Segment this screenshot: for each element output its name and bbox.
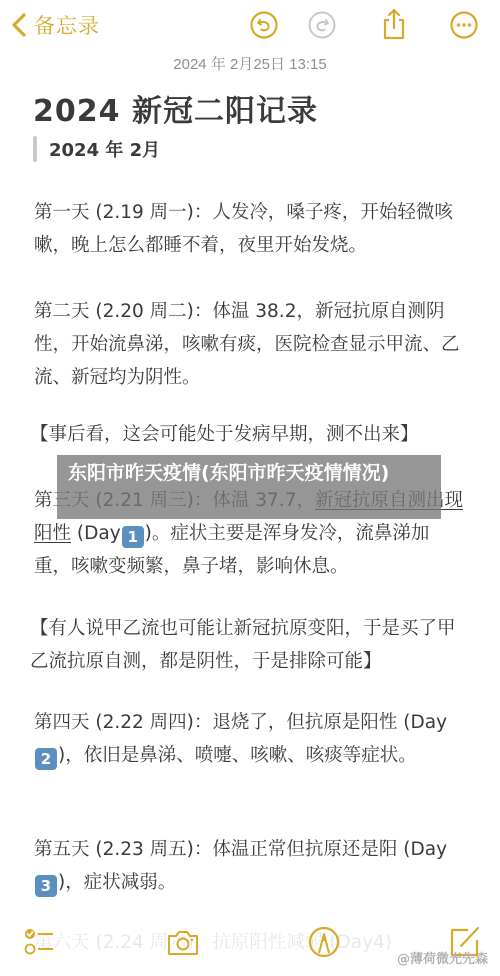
chevron-left-icon xyxy=(10,12,28,38)
markup-button[interactable] xyxy=(307,925,341,959)
watermark: @薄荷微光先森 xyxy=(397,948,488,967)
redo-icon xyxy=(307,10,337,40)
paragraph-note1[interactable]: 【事后看，这会可能处于发病早期，测不出来】 xyxy=(30,418,470,451)
day4-text: 第四天 (2.22 周四)：退烧了，但抗原是阳性 (Day xyxy=(34,712,447,733)
back-button[interactable]: 备忘录 xyxy=(10,10,100,40)
more-button[interactable] xyxy=(449,10,479,40)
block-quote-heading[interactable]: 2024 年 2月 xyxy=(33,136,160,162)
keycap-3-emoji: 3 xyxy=(35,875,57,897)
checklist-icon xyxy=(22,925,56,959)
note-timestamp: 2024 年 2月25日 13:15 xyxy=(0,53,500,74)
paragraph-day4[interactable]: 第四天 (2.22 周四)：退烧了，但抗原是阳性 (Day2)，依旧是鼻涕、喷嚏… xyxy=(34,706,464,772)
navigation-bar: 备忘录 xyxy=(0,0,500,50)
more-icon xyxy=(449,10,479,40)
back-label: 备忘录 xyxy=(34,10,100,40)
camera-icon xyxy=(166,925,200,959)
share-button[interactable] xyxy=(379,7,409,41)
paragraph-day1[interactable]: 第一天 (2.19 周一)：人发冷，嗓子疼，开始轻微咳嗽，晚上怎么都睡不着，夜里… xyxy=(34,196,464,262)
paragraph-day2[interactable]: 第二天 (2.20 周二)：体温 38.2，新冠抗原自测阴性，开始流鼻涕，咳嗽有… xyxy=(34,295,464,394)
day3-day-text: (Day xyxy=(71,523,121,544)
note-title[interactable]: 2024 新冠二阳记录 xyxy=(33,86,318,130)
checklist-button[interactable] xyxy=(22,925,56,959)
markup-icon xyxy=(307,925,341,959)
keycap-1-emoji: 1 xyxy=(122,526,144,548)
keycap-2-emoji: 2 xyxy=(35,748,57,770)
undo-button[interactable] xyxy=(249,10,279,40)
day5-suffix-text: )，症状减弱。 xyxy=(58,872,176,893)
day5-text: 第五天 (2.23 周五)：体温正常但抗原还是阳 (Day xyxy=(34,839,447,860)
redo-button[interactable] xyxy=(307,10,337,40)
undo-icon xyxy=(249,10,279,40)
quote-bar xyxy=(33,136,37,162)
paragraph-note2[interactable]: 【有人说甲乙流也可能让新冠抗原变阳，于是买了甲乙流抗原自测，都是阴性，于是排除可… xyxy=(30,612,470,678)
camera-button[interactable] xyxy=(166,925,200,959)
subheading-text: 2024 年 2月 xyxy=(49,136,160,162)
paragraph-day5[interactable]: 第五天 (2.23 周五)：体温正常但抗原还是阳 (Day3)，症状减弱。 xyxy=(34,833,464,899)
day4-suffix-text: )，依旧是鼻涕、喷嚏、咳嗽、咳痰等症状。 xyxy=(58,745,417,766)
share-icon xyxy=(379,7,409,41)
caption-overlay-text: 东阳市昨天疫情(东阳市昨天疫情情况) xyxy=(68,458,428,488)
